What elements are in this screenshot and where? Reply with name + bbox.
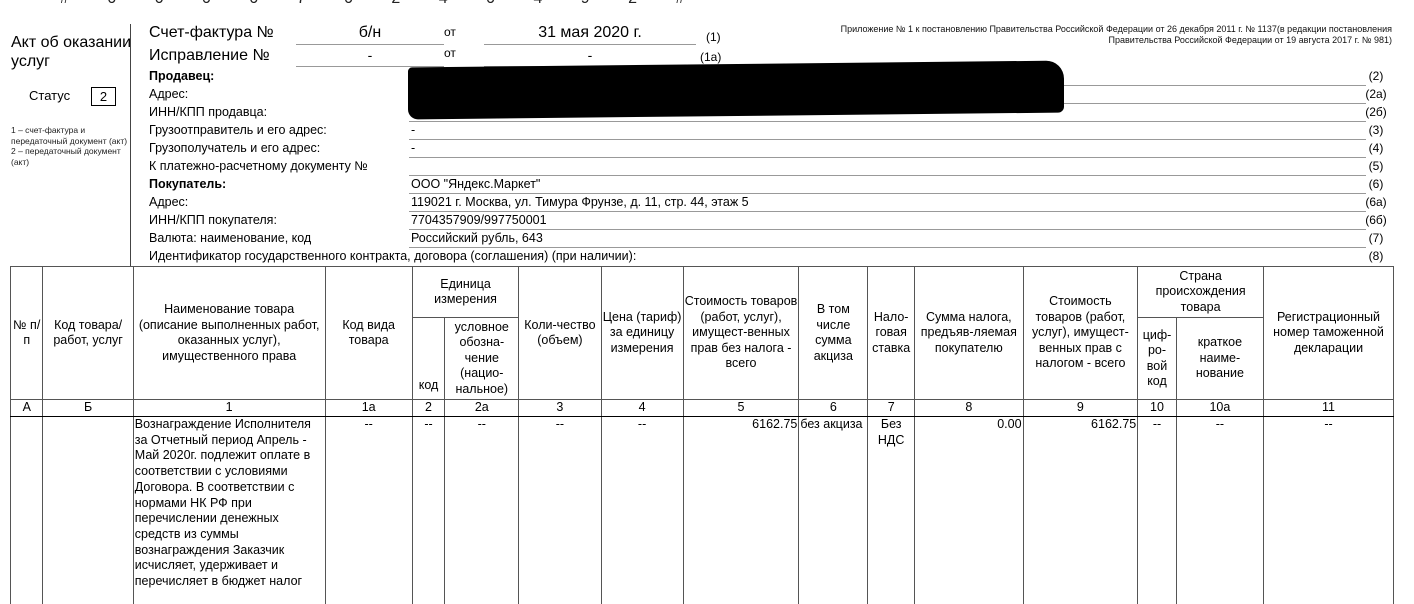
column-number: 3 bbox=[519, 400, 601, 417]
column-number: 7 bbox=[868, 400, 915, 417]
col-header-country-code: циф-ро-вой код bbox=[1138, 318, 1177, 400]
field-ref: (6) bbox=[1362, 177, 1390, 191]
column-number: 6 bbox=[799, 400, 868, 417]
field-ref: (2а) bbox=[1362, 87, 1390, 101]
col-header-unit-code: код bbox=[412, 318, 444, 400]
redacted-block bbox=[408, 61, 1064, 120]
cell-unit-code: -- bbox=[412, 417, 444, 604]
field-label: ИНН/КПП продавца: bbox=[149, 105, 267, 119]
invoice-date: 31 мая 2020 г. bbox=[484, 24, 696, 42]
col-header-tax-sum: Сумма налога, предъяв-ляемая покупателю bbox=[915, 267, 1024, 400]
column-number: 1а bbox=[325, 400, 412, 417]
status-legend: 1 – счет-фактура и передаточный документ… bbox=[11, 125, 136, 167]
col-header-n: № п/п bbox=[11, 267, 43, 400]
field-row: Идентификатор государственного контракта… bbox=[149, 248, 1414, 266]
field-ref: (5) bbox=[1362, 159, 1390, 173]
correction-from-label: от bbox=[444, 46, 456, 60]
col-header-cost-with-tax: Стоимость товаров (работ, услуг), имущес… bbox=[1023, 267, 1138, 400]
column-number: 11 bbox=[1264, 400, 1394, 417]
field-label: ИНН/КПП покупателя: bbox=[149, 213, 277, 227]
document-type: Акт об оказании услуг bbox=[11, 33, 136, 71]
field-ref: (6а) bbox=[1362, 195, 1390, 209]
divider bbox=[130, 24, 131, 267]
field-ref: (4) bbox=[1362, 141, 1390, 155]
cell-kind: -- bbox=[325, 417, 412, 604]
col-header-unit: Единица измерения bbox=[412, 267, 519, 318]
column-numbers-row: АБ11а22а34567891010а11 bbox=[11, 400, 1394, 417]
cell-rate: Без НДС bbox=[868, 417, 915, 604]
cell-tax-sum: 0.00 bbox=[915, 417, 1024, 604]
appendix-note: Приложение № 1 к постановлению Правитель… bbox=[841, 24, 1392, 46]
field-row: Грузоотправитель и его адрес:-(3) bbox=[149, 122, 1414, 140]
legend-item: 1 – счет-фактура и передаточный документ… bbox=[11, 125, 136, 146]
field-value: - bbox=[411, 141, 415, 155]
column-number: 10 bbox=[1138, 400, 1177, 417]
invoice-ref: (1) bbox=[706, 30, 721, 44]
field-label: Валюта: наименование, код bbox=[149, 231, 311, 245]
field-value: ООО "Яндекс.Маркет" bbox=[411, 177, 540, 191]
appendix-line: Приложение № 1 к постановлению Правитель… bbox=[841, 24, 1392, 35]
cell-code bbox=[43, 417, 133, 604]
cell-price: -- bbox=[601, 417, 683, 604]
cell-customs: -- bbox=[1264, 417, 1394, 604]
cell-name: Вознаграждение Исполнителя за Отчетный п… bbox=[133, 417, 325, 604]
correction-date: - bbox=[484, 47, 696, 63]
field-row: Валюта: наименование, кодРоссийский рубл… bbox=[149, 230, 1414, 248]
field-label: Адрес: bbox=[149, 195, 188, 209]
status-value: 2 bbox=[91, 87, 116, 106]
column-number: 4 bbox=[601, 400, 683, 417]
col-header-price: Цена (тариф) за единицу измерения bbox=[601, 267, 683, 400]
invoice-from-label: от bbox=[444, 25, 456, 39]
col-header-name: Наименование товара (описание выполненны… bbox=[133, 267, 325, 400]
underline bbox=[484, 44, 696, 45]
underline bbox=[296, 44, 444, 45]
field-value: 119021 г. Москва, ул. Тимура Фрунзе, д. … bbox=[411, 195, 749, 209]
col-header-country-name: краткое наиме-нование bbox=[1176, 318, 1263, 400]
column-number: 8 bbox=[915, 400, 1024, 417]
cell-excise: без акциза bbox=[799, 417, 868, 604]
cell-qty: -- bbox=[519, 417, 601, 604]
col-header-qty: Коли-чество (объем) bbox=[519, 267, 601, 400]
col-header-unit-name: условное обозна-чение (нацио-нальное) bbox=[445, 318, 519, 400]
field-label: Грузополучатель и его адрес: bbox=[149, 141, 320, 155]
column-number: 1 bbox=[133, 400, 325, 417]
column-number: 10а bbox=[1176, 400, 1263, 417]
field-ref: (7) bbox=[1362, 231, 1390, 245]
status-label: Статус bbox=[29, 88, 70, 103]
items-table: № п/п Код товара/ работ, услуг Наименова… bbox=[10, 266, 1394, 604]
cell-country-code: -- bbox=[1138, 417, 1177, 604]
cell-country-name: -- bbox=[1176, 417, 1263, 604]
cell-cost-no-tax: 6162.75 bbox=[683, 417, 799, 604]
field-row: К платежно-расчетному документу №(5) bbox=[149, 158, 1414, 176]
field-label: Идентификатор государственного контракта… bbox=[149, 249, 636, 263]
field-value: 7704357909/997750001 bbox=[411, 213, 547, 227]
col-header-excise: В том числе сумма акциза bbox=[799, 267, 868, 400]
field-row: Грузополучатель и его адрес:-(4) bbox=[149, 140, 1414, 158]
field-value: Российский рубль, 643 bbox=[411, 231, 543, 245]
field-row: Покупатель:ООО "Яндекс.Маркет"(6) bbox=[149, 176, 1414, 194]
correction-label: Исправление № bbox=[149, 47, 270, 65]
cell-unit-name: -- bbox=[445, 417, 519, 604]
field-row: ИНН/КПП покупателя:7704357909/997750001(… bbox=[149, 212, 1414, 230]
barcode-digits: # 0 0 0 0 7 0 2 4 0 4 9 2 # bbox=[60, 0, 701, 8]
field-ref: (3) bbox=[1362, 123, 1390, 137]
field-ref: (2б) bbox=[1362, 105, 1390, 119]
invoice-label: Счет-фактура № bbox=[149, 24, 274, 42]
col-header-customs: Регистрационный номер таможенной деклара… bbox=[1264, 267, 1394, 400]
col-header-kind: Код вида товара bbox=[325, 267, 412, 400]
column-number: 9 bbox=[1023, 400, 1138, 417]
field-ref: (8) bbox=[1362, 249, 1390, 263]
field-label: Покупатель: bbox=[149, 177, 226, 191]
field-row: Адрес:119021 г. Москва, ул. Тимура Фрунз… bbox=[149, 194, 1414, 212]
column-number: 5 bbox=[683, 400, 799, 417]
correction-number: - bbox=[296, 47, 444, 63]
column-number: 2а bbox=[445, 400, 519, 417]
column-number: А bbox=[11, 400, 43, 417]
cell-cost-with-tax: 6162.75 bbox=[1023, 417, 1138, 604]
field-value: - bbox=[411, 123, 415, 137]
appendix-line: Правительства Российской Федерации от 19… bbox=[841, 35, 1392, 46]
col-header-cost-no-tax: Стоимость товаров (работ, услуг), имущес… bbox=[683, 267, 799, 400]
legend-item: 2 – передаточный документ (акт) bbox=[11, 146, 136, 167]
column-number: Б bbox=[43, 400, 133, 417]
correction-ref: (1а) bbox=[700, 50, 721, 64]
field-ref: (6б) bbox=[1362, 213, 1390, 227]
invoice-number: б/н bbox=[296, 24, 444, 42]
cell-n bbox=[11, 417, 43, 604]
col-header-code: Код товара/ работ, услуг bbox=[43, 267, 133, 400]
col-header-rate: Нало-говая ставка bbox=[868, 267, 915, 400]
field-label: К платежно-расчетному документу № bbox=[149, 159, 368, 173]
col-header-country: Страна происхождения товара bbox=[1138, 267, 1264, 318]
field-label: Адрес: bbox=[149, 87, 188, 101]
field-label: Продавец: bbox=[149, 69, 214, 83]
column-number: 2 bbox=[412, 400, 444, 417]
field-ref: (2) bbox=[1362, 69, 1390, 83]
field-label: Грузоотправитель и его адрес: bbox=[149, 123, 327, 137]
table-row: Вознаграждение Исполнителя за Отчетный п… bbox=[11, 417, 1394, 604]
